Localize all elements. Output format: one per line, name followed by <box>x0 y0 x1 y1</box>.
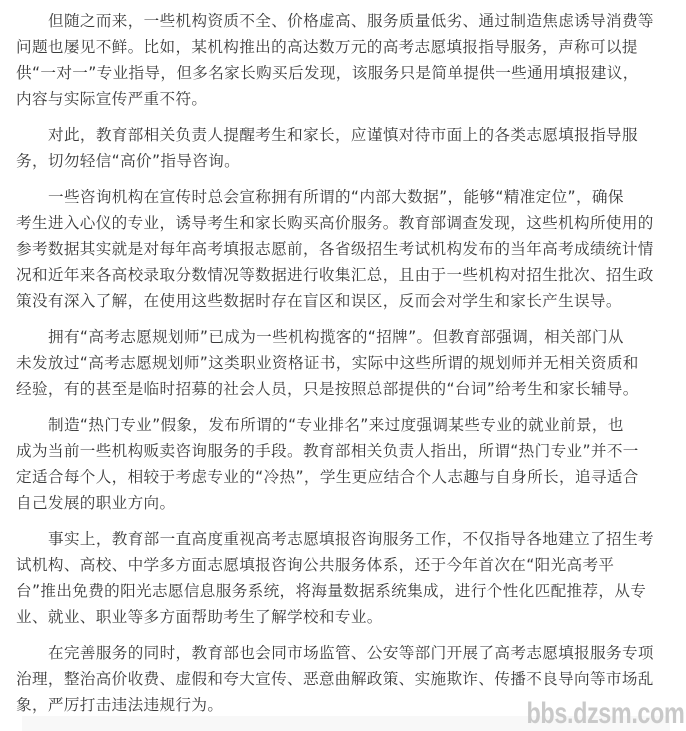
paragraph-line: 事实上，教育部一直高度重视高考志愿填报咨询服务工作，不仅指导各地建立了招生考 <box>16 526 676 552</box>
paragraph-line: 一些咨询机构在宣传时总会宣称拥有所谓的“内部大数据”，能够“精准定位”，确保 <box>16 184 676 210</box>
paragraph-3: 一些咨询机构在宣传时总会宣称拥有所谓的“内部大数据”，能够“精准定位”，确保 考… <box>16 184 676 314</box>
paragraph-4: 拥有“高考志愿规划师”已成为一些机构揽客的“招牌”。但教育部强调，相关部门从 未… <box>16 324 676 402</box>
paragraph-line: 问题也屡见不鲜。比如，某机构推出的高达数万元的高考志愿填报指导服务，声称可以提 <box>16 34 676 60</box>
paragraph-line: 供“一对一”专业指导，但多名家长购买后发现，该服务只是简单提供一些通用填报建议， <box>16 60 676 86</box>
paragraph-line: 策没有深入了解，在使用这些数据时存在盲区和误区，反而会对学生和家长产生误导。 <box>16 288 676 314</box>
paragraph-line: 制造“热门专业”假象，发布所谓的“专业排名”来过度强调某些专业的就业前景，也 <box>16 412 676 438</box>
paragraph-line: 成为当前一些机构贩卖咨询服务的手段。教育部相关负责人指出，所谓“热门专业”并不一 <box>16 438 676 464</box>
paragraph-5: 制造“热门专业”假象，发布所谓的“专业排名”来过度强调某些专业的就业前景，也 成… <box>16 412 676 516</box>
paragraph-line: 业、就业、职业等多方面帮助考生了解学校和专业。 <box>16 604 676 630</box>
paragraph-line: 拥有“高考志愿规划师”已成为一些机构揽客的“招牌”。但教育部强调，相关部门从 <box>16 324 676 350</box>
paragraph-line: 自己发展的职业方向。 <box>16 490 676 516</box>
site-watermark: bbs.dzsm.com <box>526 698 684 730</box>
paragraph-line: 台”推出免费的阳光志愿信息服务系统，将海量数据系统集成，进行个性化匹配推荐，从专 <box>16 578 676 604</box>
paragraph-line: 对此，教育部相关负责人提醒考生和家长，应谨慎对待市面上的各类志愿填报指导服 <box>16 122 676 148</box>
paragraph-2: 对此，教育部相关负责人提醒考生和家长，应谨慎对待市面上的各类志愿填报指导服 务，… <box>16 122 676 174</box>
paragraph-line: 内容与实际宣传严重不符。 <box>16 86 676 112</box>
paragraph-line: 在完善服务的同时，教育部也会同市场监管、公安等部门开展了高考志愿填报服务专项 <box>16 640 676 666</box>
paragraph-6: 事实上，教育部一直高度重视高考志愿填报咨询服务工作，不仅指导各地建立了招生考 试… <box>16 526 676 630</box>
paragraph-line: 考生进入心仪的专业，诱导考生和家长购买高价服务。教育部调查发现，这些机构所使用的 <box>16 210 676 236</box>
paragraph-line: 试机构、高校、中学多方面志愿填报咨询公共服务体系，还于今年首次在“阳光高考平 <box>16 552 676 578</box>
article-body: 但随之而来，一些机构资质不全、价格虚高、服务质量低劣、通过制造焦虑诱导消费等 问… <box>16 8 676 728</box>
paragraph-line: 况和近年来各高校录取分数情况等数据进行收集汇总，且由于一些机构对招生批次、招生政 <box>16 262 676 288</box>
paragraph-line: 定适合每个人，相较于考虑专业的“冷热”，学生更应结合个人志趣与自身所长，追寻适合 <box>16 464 676 490</box>
paragraph-1: 但随之而来，一些机构资质不全、价格虚高、服务质量低劣、通过制造焦虑诱导消费等 问… <box>16 8 676 112</box>
paragraph-line: 务，切勿轻信“高价”指导咨询。 <box>16 148 676 174</box>
paragraph-line: 经验，有的甚至是临时招募的社会人员，只是按照总部提供的“台词”给考生和家长辅导。 <box>16 376 676 402</box>
paragraph-line: 治理，整治高价收费、虚假和夸大宣传、恶意曲解政策、实施欺诈、传播不良导向等市场乱 <box>16 666 676 692</box>
paragraph-line: 参考数据其实就是对每年高考填报志愿前，各省级招生考试机构发布的当年高考成绩统计情 <box>16 236 676 262</box>
paragraph-line: 未发放过“高考志愿规划师”这类职业资格证书，实际中这些所谓的规划师并无相关资质和 <box>16 350 676 376</box>
paragraph-line: 但随之而来，一些机构资质不全、价格虚高、服务质量低劣、通过制造焦虑诱导消费等 <box>16 8 676 34</box>
